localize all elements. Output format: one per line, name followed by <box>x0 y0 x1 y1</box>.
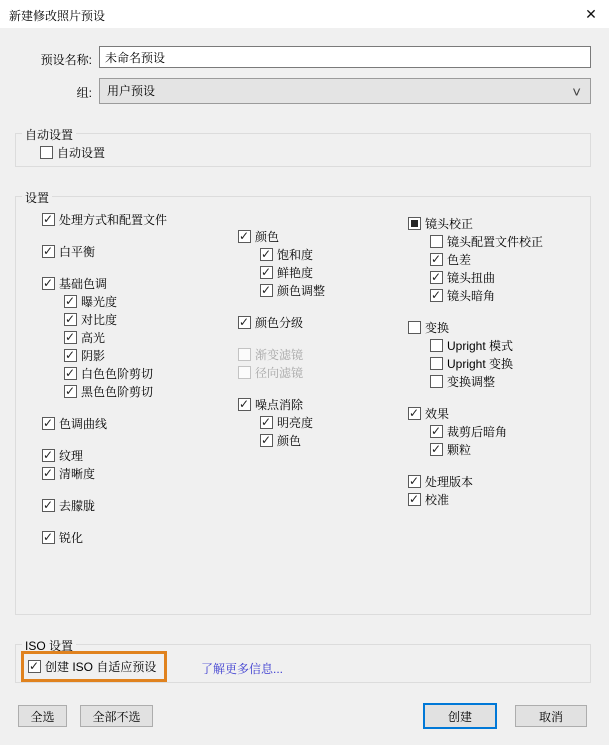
learn-more-link[interactable]: 了解更多信息... <box>201 660 283 677</box>
checkbox-label: 基础色调 <box>59 275 107 292</box>
checkbox-row[interactable]: 自动设置 <box>40 143 105 161</box>
title-bar: 新建修改照片预设 ✕ <box>0 0 609 28</box>
checkbox-group: 颜色分级 <box>238 313 325 331</box>
checkbox[interactable] <box>430 289 443 302</box>
checkbox <box>238 366 251 379</box>
group-select[interactable]: 用户预设 ˅ <box>99 78 591 104</box>
checkbox-row[interactable]: 清晰度 <box>42 464 167 482</box>
checkbox-label: 镜头暗角 <box>447 287 495 304</box>
checkbox-row[interactable]: 镜头配置文件校正 <box>430 232 543 250</box>
checkbox-row[interactable]: 校准 <box>408 490 543 508</box>
checkbox-row[interactable]: 噪点消除 <box>238 395 325 413</box>
checkbox-label: 饱和度 <box>277 246 313 263</box>
checkbox-row[interactable]: 颜色分级 <box>238 313 325 331</box>
checkbox-row[interactable]: 色调曲线 <box>42 414 167 432</box>
checkbox[interactable] <box>238 230 251 243</box>
select-all-button[interactable]: 全选 <box>18 705 67 727</box>
preset-name-input[interactable] <box>99 46 591 68</box>
new-develop-preset-dialog: 新建修改照片预设 ✕ 预设名称: 组: 用户预设 ˅ 自动设置 自动设置 设置 … <box>0 0 609 745</box>
checkbox-row[interactable]: 鲜艳度 <box>260 263 325 281</box>
checkbox-group: 镜头校正镜头配置文件校正色差镜头扭曲镜头暗角 <box>408 214 543 304</box>
checkbox-group: 渐变滤镜径向滤镜 <box>238 345 325 381</box>
checkbox-row[interactable]: 曝光度 <box>64 292 167 310</box>
group-label: 组: <box>0 84 92 101</box>
checkbox[interactable] <box>42 531 55 544</box>
checkbox-row[interactable]: 白色色阶剪切 <box>64 364 167 382</box>
checkbox-label: 对比度 <box>81 311 117 328</box>
checkbox[interactable] <box>64 313 77 326</box>
checkbox-label: 曝光度 <box>81 293 117 310</box>
checkbox[interactable] <box>430 443 443 456</box>
checkbox-label: 效果 <box>425 405 449 422</box>
checkbox-row[interactable]: 变换 <box>408 318 543 336</box>
checkbox-row[interactable]: 裁剪后暗角 <box>430 422 543 440</box>
checkbox <box>238 348 251 361</box>
checkbox[interactable] <box>260 248 273 261</box>
checkbox-row[interactable]: 色差 <box>430 250 543 268</box>
checkbox-row[interactable]: 颗粒 <box>430 440 543 458</box>
checkbox-label: 自动设置 <box>57 144 105 161</box>
checkbox[interactable] <box>260 416 273 429</box>
checkbox[interactable] <box>64 331 77 344</box>
checkbox-row[interactable]: 高光 <box>64 328 167 346</box>
checkbox-group: 处理方式和配置文件 <box>42 210 167 228</box>
checkbox-label: 镜头扭曲 <box>447 269 495 286</box>
checkbox[interactable] <box>408 475 421 488</box>
checkbox-label: 变换 <box>425 319 449 336</box>
checkbox-label: 高光 <box>81 329 105 346</box>
checkbox-row[interactable]: 颜色调整 <box>260 281 325 299</box>
checkbox[interactable] <box>238 398 251 411</box>
checkbox[interactable] <box>408 321 421 334</box>
checkbox-group: 纹理清晰度 <box>42 446 167 482</box>
checkbox-label: 去朦胧 <box>59 497 95 514</box>
checkbox[interactable] <box>260 266 273 279</box>
checkbox-row[interactable]: 颜色 <box>238 227 325 245</box>
checkbox-label: 噪点消除 <box>255 396 303 413</box>
checkbox-group: 锐化 <box>42 528 167 546</box>
checkbox-group: 基础色调曝光度对比度高光阴影白色色阶剪切黑色色阶剪切 <box>42 274 167 400</box>
checkbox-label: 径向滤镜 <box>255 364 303 381</box>
checkbox-label: 镜头校正 <box>425 215 473 232</box>
checkbox-row[interactable]: 纹理 <box>42 446 167 464</box>
checkbox[interactable] <box>430 375 443 388</box>
checkbox-label: 白色色阶剪切 <box>81 365 153 382</box>
checkbox[interactable] <box>430 253 443 266</box>
checkbox[interactable] <box>408 407 421 420</box>
checkbox-row[interactable]: 变换调整 <box>430 372 543 390</box>
checkbox-label: 渐变滤镜 <box>255 346 303 363</box>
checkbox-row[interactable]: 效果 <box>408 404 543 422</box>
checkbox[interactable] <box>28 660 41 673</box>
checkbox[interactable] <box>42 467 55 480</box>
settings-title: 设置 <box>22 189 52 206</box>
checkbox-group: 处理版本校准 <box>408 472 543 508</box>
checkbox[interactable] <box>40 146 53 159</box>
checkbox-row[interactable]: 白平衡 <box>42 242 167 260</box>
checkbox[interactable] <box>42 449 55 462</box>
checkbox-label: 校准 <box>425 491 449 508</box>
checkbox-row[interactable]: 明亮度 <box>260 413 325 431</box>
chevron-down-icon: ˅ <box>572 81 581 105</box>
checkbox[interactable] <box>64 349 77 362</box>
auto-settings-box: 自动设置 自动设置 <box>15 133 591 167</box>
iso-settings-box: ISO 设置 创建 ISO 自适应预设 了解更多信息... <box>15 644 591 683</box>
checkbox-row: 渐变滤镜 <box>238 345 325 363</box>
checkbox-label: 明亮度 <box>277 414 313 431</box>
settings-box: 设置 处理方式和配置文件白平衡基础色调曝光度对比度高光阴影白色色阶剪切黑色色阶剪… <box>15 196 591 615</box>
checkbox-row[interactable]: 黑色色阶剪切 <box>64 382 167 400</box>
checkbox-label: 纹理 <box>59 447 83 464</box>
dialog-title: 新建修改照片预设 <box>9 7 105 24</box>
checkbox-row: 径向滤镜 <box>238 363 325 381</box>
checkbox-label: 清晰度 <box>59 465 95 482</box>
checkbox-row[interactable]: 镜头扭曲 <box>430 268 543 286</box>
checkbox[interactable] <box>64 367 77 380</box>
checkbox-group: 变换Upright 模式Upright 变换变换调整 <box>408 318 543 390</box>
cancel-button[interactable]: 取消 <box>515 705 587 727</box>
checkbox[interactable] <box>42 245 55 258</box>
checkbox[interactable] <box>260 284 273 297</box>
checkbox[interactable] <box>430 357 443 370</box>
checkbox-label: 镜头配置文件校正 <box>447 233 543 250</box>
group-select-value: 用户预设 <box>107 84 155 98</box>
checkbox-group: 效果裁剪后暗角颗粒 <box>408 404 543 458</box>
checkbox-label: 处理方式和配置文件 <box>59 211 167 228</box>
checkbox-group: 去朦胧 <box>42 496 167 514</box>
checkbox-label: 色调曲线 <box>59 415 107 432</box>
checkbox-label: 创建 ISO 自适应预设 <box>45 658 156 675</box>
checkbox-label: 变换调整 <box>447 373 495 390</box>
checkbox-row[interactable]: 基础色调 <box>42 274 167 292</box>
checkbox-row[interactable]: 阴影 <box>64 346 167 364</box>
checkbox-row[interactable]: 镜头暗角 <box>430 286 543 304</box>
checkbox-label: 鲜艳度 <box>277 264 313 281</box>
checkbox[interactable] <box>430 235 443 248</box>
checkbox-label: 颜色分级 <box>255 314 303 331</box>
checkbox-row[interactable]: 镜头校正 <box>408 214 543 232</box>
checkbox-row[interactable]: 处理版本 <box>408 472 543 490</box>
checkbox-group: 白平衡 <box>42 242 167 260</box>
checkbox-label: 锐化 <box>59 529 83 546</box>
checkbox[interactable] <box>64 385 77 398</box>
checkbox-label: 颗粒 <box>447 441 471 458</box>
settings-column-middle: 颜色饱和度鲜艳度颜色调整颜色分级渐变滤镜径向滤镜噪点消除明亮度颜色 <box>238 227 325 463</box>
checkbox[interactable] <box>408 217 421 230</box>
checkbox-row[interactable]: 对比度 <box>64 310 167 328</box>
create-button[interactable]: 创建 <box>423 703 497 729</box>
checkbox[interactable] <box>408 493 421 506</box>
auto-settings-title: 自动设置 <box>22 126 76 143</box>
deselect-all-button[interactable]: 全部不选 <box>80 705 153 727</box>
checkbox[interactable] <box>260 434 273 447</box>
checkbox[interactable] <box>42 213 55 226</box>
checkbox[interactable] <box>430 271 443 284</box>
checkbox[interactable] <box>430 425 443 438</box>
checkbox-label: Upright 变换 <box>447 355 513 372</box>
checkbox-label: Upright 模式 <box>447 337 513 354</box>
checkbox-group: 噪点消除明亮度颜色 <box>238 395 325 449</box>
checkbox-label: 色差 <box>447 251 471 268</box>
checkbox-label: 阴影 <box>81 347 105 364</box>
checkbox[interactable] <box>430 339 443 352</box>
checkbox-row[interactable]: 去朦胧 <box>42 496 167 514</box>
checkbox-row[interactable]: 颜色 <box>260 431 325 449</box>
checkbox-label: 处理版本 <box>425 473 473 490</box>
checkbox-label: 颜色 <box>277 432 301 449</box>
settings-column-left: 处理方式和配置文件白平衡基础色调曝光度对比度高光阴影白色色阶剪切黑色色阶剪切色调… <box>42 210 167 560</box>
checkbox-row[interactable]: 处理方式和配置文件 <box>42 210 167 228</box>
checkbox-row[interactable]: Upright 模式 <box>430 336 543 354</box>
checkbox-row[interactable]: 创建 ISO 自适应预设 <box>28 658 156 676</box>
checkbox[interactable] <box>42 417 55 430</box>
checkbox-row[interactable]: 饱和度 <box>260 245 325 263</box>
checkbox-row[interactable]: Upright 变换 <box>430 354 543 372</box>
checkbox-row[interactable]: 锐化 <box>42 528 167 546</box>
checkbox-group: 颜色饱和度鲜艳度颜色调整 <box>238 227 325 299</box>
checkbox[interactable] <box>42 499 55 512</box>
checkbox-label: 颜色 <box>255 228 279 245</box>
checkbox-label: 颜色调整 <box>277 282 325 299</box>
settings-column-right: 镜头校正镜头配置文件校正色差镜头扭曲镜头暗角变换Upright 模式Uprigh… <box>408 214 543 522</box>
checkbox[interactable] <box>238 316 251 329</box>
iso-highlight-rectangle: 创建 ISO 自适应预设 <box>21 651 167 682</box>
checkbox[interactable] <box>64 295 77 308</box>
preset-name-label: 预设名称: <box>0 51 92 68</box>
checkbox-label: 黑色色阶剪切 <box>81 383 153 400</box>
checkbox-label: 白平衡 <box>59 243 95 260</box>
checkbox-group: 色调曲线 <box>42 414 167 432</box>
checkbox[interactable] <box>42 277 55 290</box>
checkbox-label: 裁剪后暗角 <box>447 423 507 440</box>
close-icon[interactable]: ✕ <box>581 4 601 24</box>
